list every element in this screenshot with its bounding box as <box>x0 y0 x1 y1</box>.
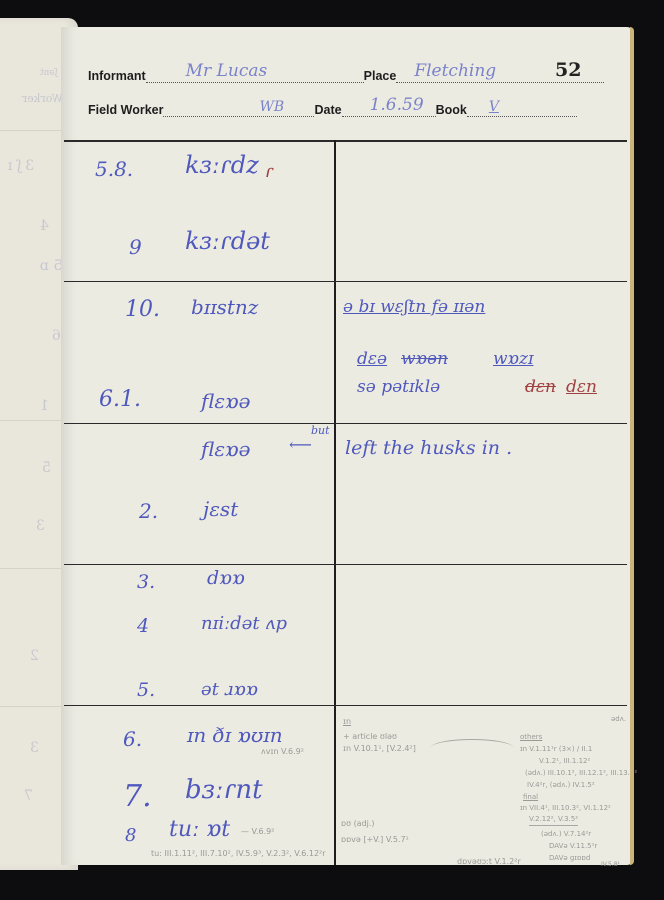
note-text: left the husks in . <box>345 437 512 459</box>
entry-number: 6.1. <box>99 387 141 412</box>
pencil-note: IV.4²r, (ədʌ.) IV.1.5² <box>527 781 595 789</box>
pencil-note: IV.5.8¹ <box>601 861 620 868</box>
pencil-note: DAVə gɪɒɒd <box>549 854 590 862</box>
note-strikethrough: wɒən <box>401 349 448 369</box>
entry-transcription: ɪn ðɪ ɒʊɪn <box>187 723 283 747</box>
pencil-note: ɒɒvə [+V.] V.5.7¹ <box>341 835 409 844</box>
header-row-informant: Informant Mr Lucas Place Fletching <box>88 67 604 83</box>
pencil-reference: — V.6.9² <box>241 827 274 836</box>
page-number: 52 <box>555 59 581 81</box>
pencil-note: ɪn <box>343 717 351 726</box>
note-strikethrough-red: dɛn <box>525 377 556 397</box>
ghost-text: ʃənt <box>40 68 57 78</box>
pencil-reference: ʌvɪn V.6.9² <box>261 747 304 756</box>
entry-number: 10. <box>125 297 160 322</box>
note-text: dɛə <box>357 349 387 369</box>
pencil-note: (ədʌ.) III.10.1², III.12.1², III.13.9² <box>525 769 637 777</box>
ghost-text: 4 <box>40 218 49 234</box>
entry-number: 7. <box>123 779 152 814</box>
entry-transcription: kɜːɾdz <box>185 151 259 179</box>
header-row-fieldworker: Field Worker WB Date 1.6.59 Book V <box>88 101 577 117</box>
ghost-text: 5 <box>42 460 51 476</box>
field-worker-field: WB <box>163 101 314 117</box>
book-field: V <box>467 101 577 117</box>
ghost-text: 7 <box>24 788 33 804</box>
pencil-note: V.1.2¹, III.1.12² <box>539 757 590 765</box>
entry-transcription: flɛɒə <box>201 437 250 461</box>
book-label: Book <box>436 103 467 117</box>
entry-transcription: flɛɒə <box>201 389 250 413</box>
entry-transcription: bɪɪstnz <box>191 295 258 319</box>
row-rule-3 <box>64 564 627 565</box>
field-worker-label: Field Worker <box>88 103 163 117</box>
entry-transcription: ət ɹɒɒ <box>201 679 258 700</box>
ghost-text: 3 <box>30 740 39 756</box>
note-text: wɒzɪ <box>493 349 533 369</box>
informant-label: Informant <box>88 69 146 83</box>
entry-transcription: nɪiːdət ʌp <box>201 613 287 634</box>
entry-transcription: kɜːɾdət <box>185 227 270 255</box>
pencil-note: ɪn V.1.11¹r (3×) / II.1 <box>520 745 592 753</box>
entry-number: 5. <box>137 679 155 701</box>
ghost-text: 6 <box>52 328 61 344</box>
pencil-note: DAVə V.11.5¹r <box>549 842 597 850</box>
arrow-label: but <box>311 424 330 437</box>
ghost-text: Worker <box>22 92 63 105</box>
pencil-footnote: tu: III.1.11², III.7.10², IV.5.9³, V.2.3… <box>151 849 326 858</box>
entry-number: 4 <box>137 615 149 637</box>
pencil-note: ɒʊ (adj.) <box>341 819 375 828</box>
date-field: 1.6.59 <box>342 101 436 117</box>
informant-field: Mr Lucas <box>146 67 364 83</box>
entry-transcription: tuː ɒt <box>169 817 230 842</box>
pencil-note: others <box>520 733 542 741</box>
entry-number: 5.8. <box>95 157 133 181</box>
pencil-note: ɪn V.10.1¹, [V.2.4²] <box>343 744 416 753</box>
entry-transcription: dɒɒ <box>207 567 245 589</box>
row-rule-1 <box>64 281 627 282</box>
pencil-note: ɪn VII.4¹, III.10.3², VI.1.12² <box>520 804 611 812</box>
entry-transcription: jɛst <box>203 497 238 521</box>
row-rule-2 <box>64 423 627 424</box>
row-rule-4 <box>64 705 627 706</box>
note-text: sə pətɪklə <box>357 377 440 397</box>
ghost-text: 1 <box>40 398 49 414</box>
ghost-text: 3 ʃ ɪ <box>8 158 34 174</box>
note-correction-red: dɛn <box>566 377 597 397</box>
entry-number: 9 <box>129 235 142 259</box>
rule-header-bottom <box>64 140 627 142</box>
notebook-page: Informant Mr Lucas Place Fletching 52 Fi… <box>61 27 633 865</box>
entry-number: 2. <box>139 499 158 523</box>
ghost-text: 3 <box>36 518 45 534</box>
field-worker-value: WB <box>259 99 284 115</box>
pencil-arrow-icon <box>431 739 513 756</box>
pencil-note: V.2.12², V.3.5² <box>529 815 578 826</box>
left-arrow-icon: ⟵ <box>289 435 312 454</box>
date-value: 1.6.59 <box>370 95 424 115</box>
pencil-note: dɒvəʊɔːt V.1.2²r <box>457 857 521 866</box>
informant-value: Mr Lucas <box>186 61 268 81</box>
entry-number: 3. <box>137 571 155 593</box>
page-gilt-edge <box>630 27 634 865</box>
entry-transcription: bɜːɾnt <box>185 775 263 805</box>
book-value: V <box>489 99 499 115</box>
column-divider <box>334 140 336 865</box>
place-label: Place <box>364 69 397 83</box>
ghost-text: 2 <box>30 648 39 664</box>
entry-correction-red: ɾ <box>265 161 273 182</box>
ghost-text: 5 ɒ <box>40 258 62 274</box>
entry-number: 8 <box>125 825 136 846</box>
pencil-note: final <box>523 793 538 801</box>
pencil-note: (ədʌ.) V.7.14²r <box>541 830 591 838</box>
date-label: Date <box>314 103 341 117</box>
pencil-note: + article ʊləʊ <box>343 732 397 741</box>
place-value: Fletching <box>414 61 496 81</box>
entry-number: 6. <box>123 727 142 751</box>
note-text: ə bɪ wɛʃtn fə ɪɪən <box>343 297 485 317</box>
pencil-note: ədʌ. <box>611 715 626 723</box>
